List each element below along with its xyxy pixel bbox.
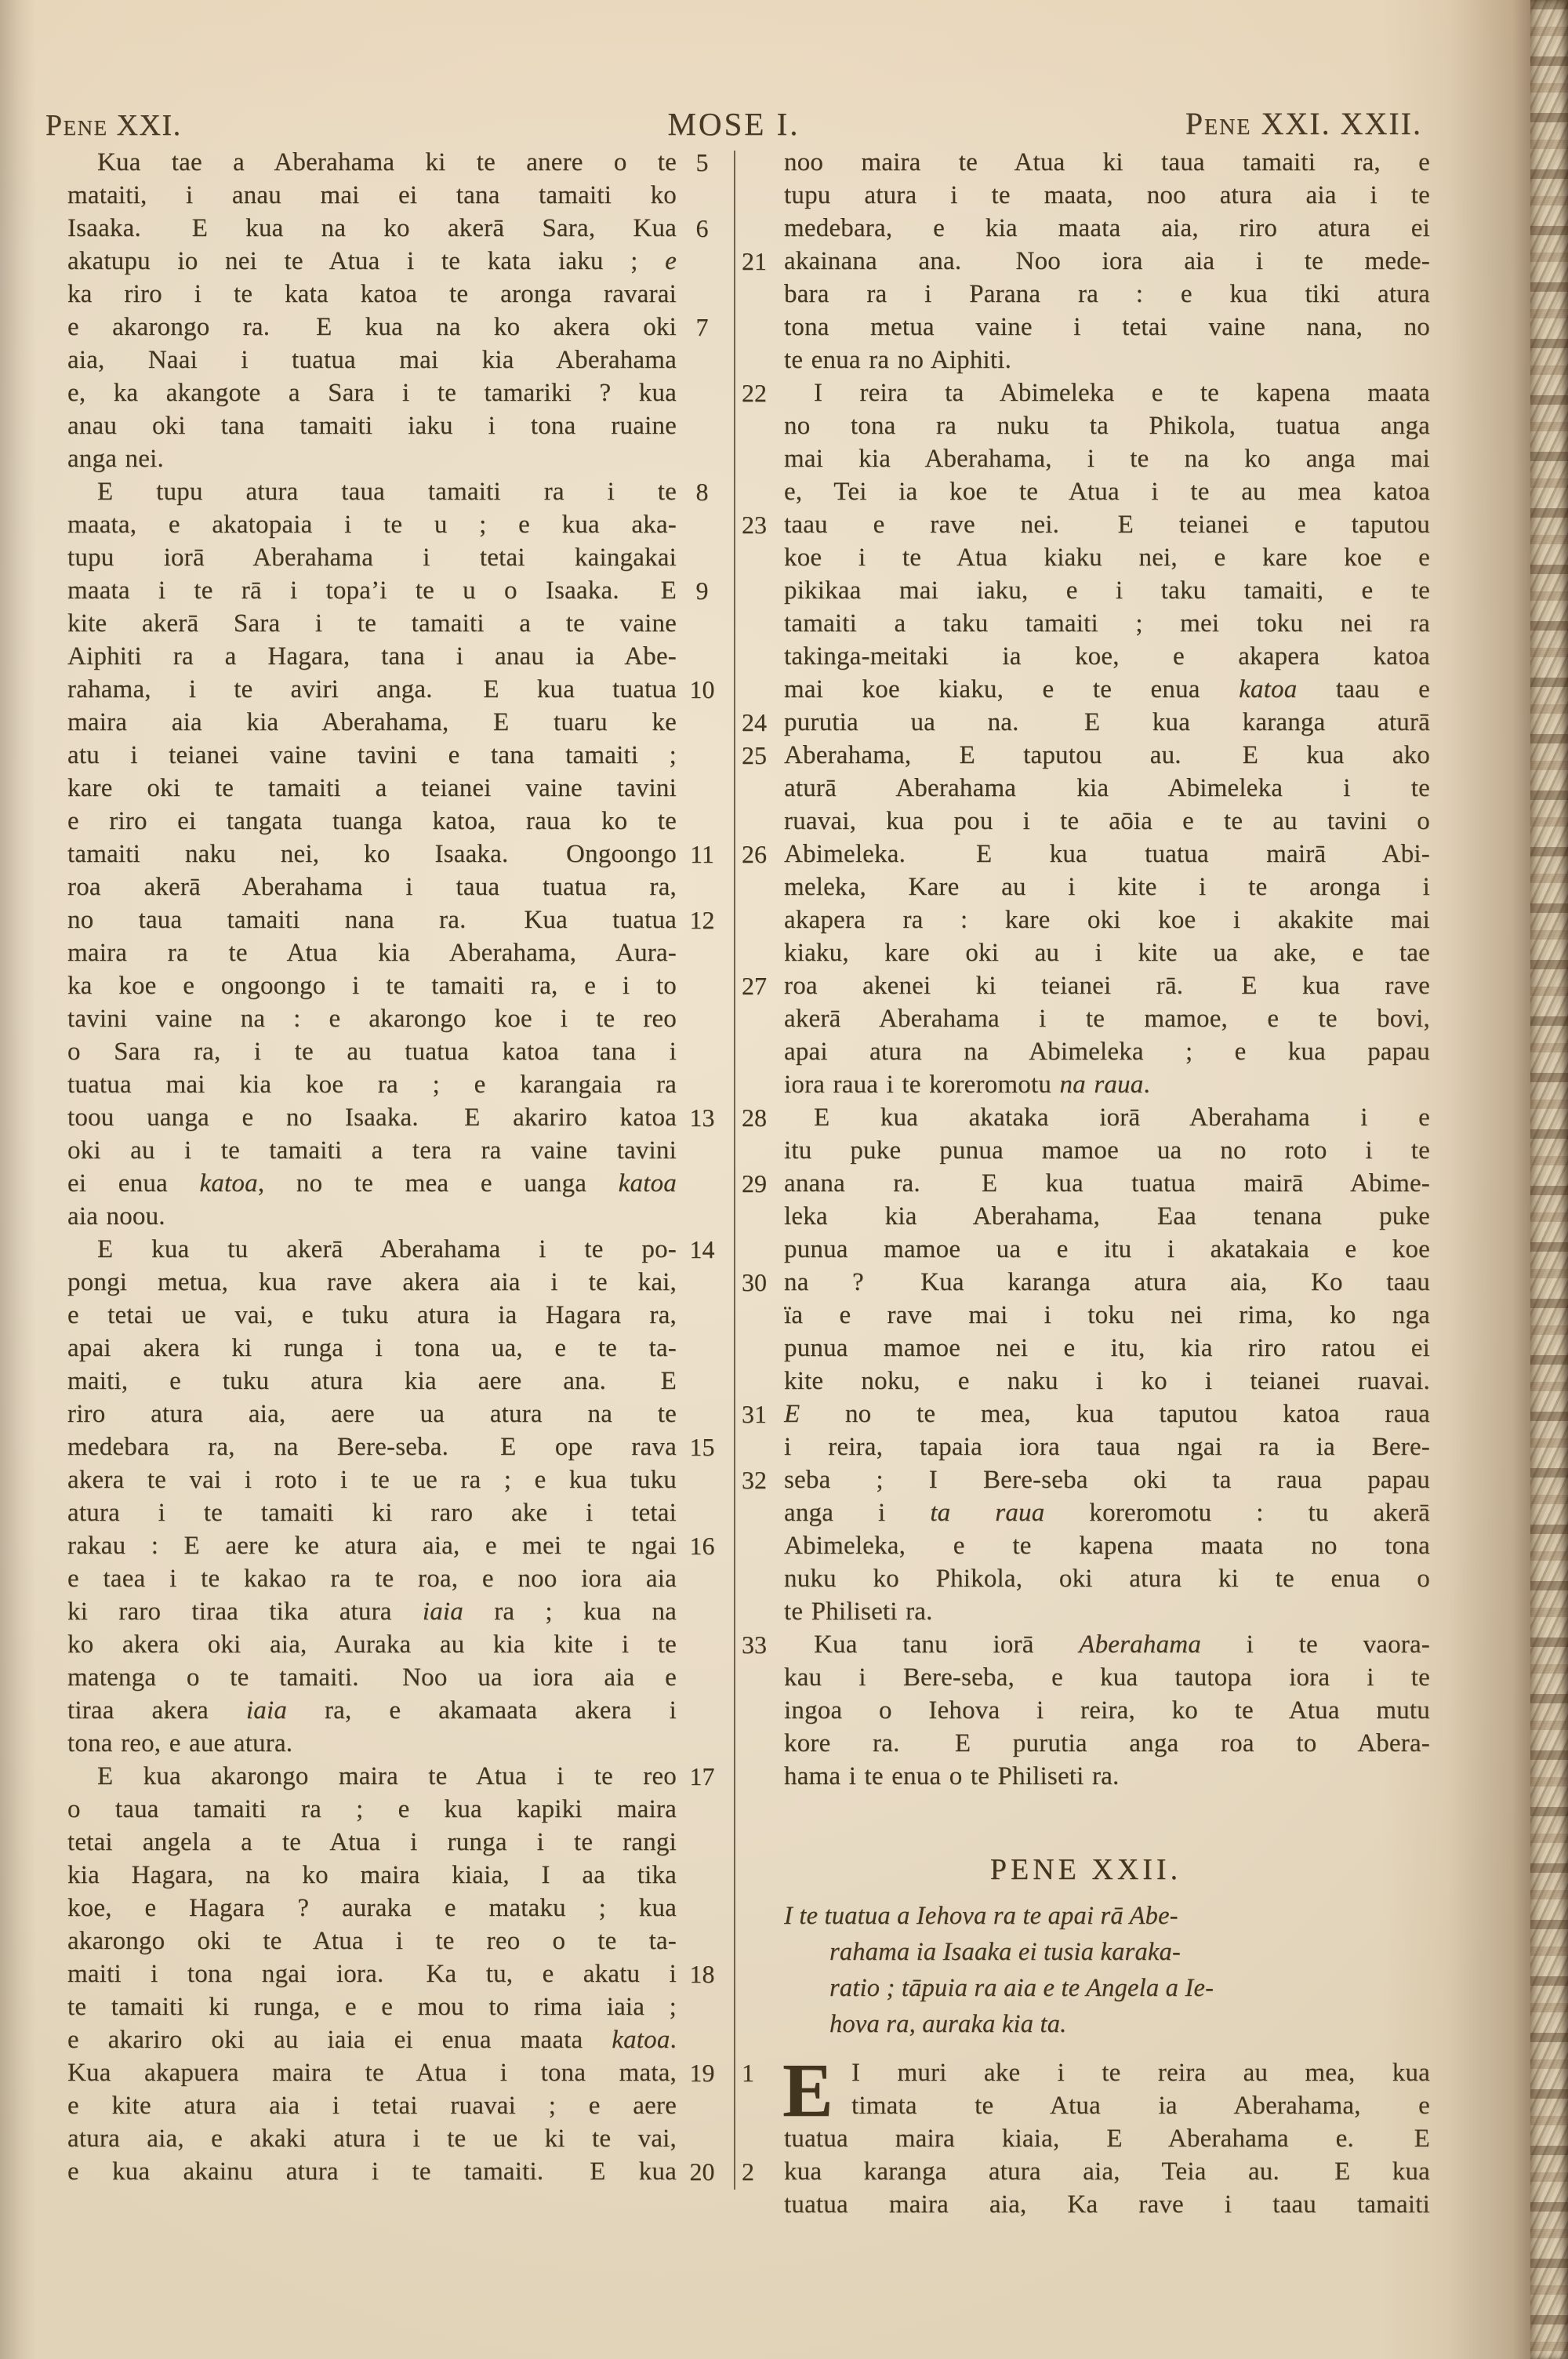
text-line: kia Hagara, na ko maira kiaia, I aa tika bbox=[67, 1859, 677, 1892]
text-line: itu puke punua mamoe ua no roto i te bbox=[784, 1134, 1430, 1167]
verse-number: 15 bbox=[677, 1430, 728, 1463]
text-line: anga i ta raua koreromotu : tu akerā bbox=[784, 1496, 1430, 1529]
verse-number bbox=[677, 1694, 728, 1727]
text-row: kore ra. E purutia anga roa to Abera- bbox=[742, 1727, 1430, 1760]
text-row: maiti, e tuku atura kia aere ana. E bbox=[67, 1365, 728, 1398]
verse-number bbox=[742, 903, 784, 936]
verse-number bbox=[677, 1628, 728, 1661]
text-line: kite noku, e naku i ko i teianei ruavai. bbox=[784, 1365, 1430, 1398]
text-line: te tamaiti ki runga, e e mou to rima iai… bbox=[67, 1990, 677, 2023]
verse-number bbox=[677, 1463, 728, 1496]
text-row: ei enua katoa, no te mea e uanga katoa bbox=[67, 1167, 728, 1200]
verse-number: 16 bbox=[677, 1529, 728, 1562]
verse-number bbox=[742, 311, 784, 343]
verse-number bbox=[742, 1035, 784, 1068]
verse-number: 22 bbox=[742, 376, 784, 409]
text-row: koe, e Hagara ? auraka e mataku ; kua bbox=[67, 1892, 728, 1925]
text-row: e riro ei tangata tuanga katoa, raua ko … bbox=[67, 805, 728, 838]
verse-number bbox=[742, 1365, 784, 1398]
text-line: e taea i te kakao ra te roa, e noo iora … bbox=[67, 1562, 677, 1595]
verse-number bbox=[742, 1430, 784, 1463]
text-line: nuku ko Phikola, oki atura ki te enua o bbox=[784, 1562, 1430, 1595]
text-line: medebara, e kia maata aia, riro atura ei bbox=[784, 212, 1430, 245]
text-line: tuatua maira aia, Ka rave i taau tamaiti bbox=[784, 2188, 1430, 2221]
text-line: taau e rave nei. E teianei e taputou bbox=[784, 508, 1430, 541]
verse-number: 18 bbox=[677, 1957, 728, 1990]
running-head: Pene XXI. MOSE I. Pene XXI. XXII. bbox=[45, 105, 1422, 144]
text-row: maiti i tona ngai iora. Ka tu, e akatu i… bbox=[67, 1957, 728, 1990]
text-line: ingoa o Iehova i reira, ko te Atua mutu bbox=[784, 1694, 1430, 1727]
text-row: medebara, e kia maata aia, riro atura ei bbox=[742, 212, 1430, 245]
verse-number: 21 bbox=[742, 245, 784, 278]
text-row: anau oki tana tamaiti iaku i tona ruaine bbox=[67, 409, 728, 442]
text-row: ko akera oki aia, Auraka au kia kite i t… bbox=[67, 1628, 728, 1661]
text-line: matenga o te tamaiti. Noo ua iora aia e bbox=[67, 1661, 677, 1694]
verse-number bbox=[677, 1990, 728, 2023]
text-row: apai akera ki runga i tona ua, e te ta- bbox=[67, 1332, 728, 1365]
verse-number: 26 bbox=[742, 838, 784, 871]
text-row: aia, Naai i tuatua mai kia Aberahama bbox=[67, 343, 728, 376]
text-row: tona metua vaine i tetai vaine nana, no bbox=[742, 311, 1430, 343]
text-line: maiti, e tuku atura kia aere ana. E bbox=[67, 1365, 677, 1398]
text-row: ingoa o Iehova i reira, ko te Atua mutu bbox=[742, 1694, 1430, 1727]
text-line: tavini vaine na : e akarongo koe i te re… bbox=[67, 1002, 677, 1035]
verse-number bbox=[677, 1595, 728, 1628]
page-left-edge bbox=[0, 0, 36, 2359]
verse-number bbox=[742, 1332, 784, 1365]
text-line: ei enua katoa, no te mea e uanga katoa bbox=[67, 1167, 677, 1200]
verse-number bbox=[677, 508, 728, 541]
dropcap-initial: E bbox=[782, 2059, 833, 2122]
text-line: maira aia kia Aberahama, E tuaru ke bbox=[67, 706, 677, 739]
text-line: ki raro tiraa tika atura iaia ra ; kua n… bbox=[67, 1595, 677, 1628]
text-row: Aiphiti ra a Hagara, tana i anau ia Abe- bbox=[67, 640, 728, 673]
text-line: pongi metua, kua rave akera aia i te kai… bbox=[67, 1266, 677, 1299]
verse-number: 9 bbox=[677, 574, 728, 607]
verse-number bbox=[677, 409, 728, 442]
text-row: 33Kua tanu iorā Aberahama i te vaora- bbox=[742, 1628, 1430, 1661]
text-line: e akarongo ra. E kua na ko akera oki bbox=[67, 311, 677, 343]
text-line: maata, e akatopaia i te u ; e kua aka- bbox=[67, 508, 677, 541]
text-row: 24purutia ua na. E kua karanga aturā bbox=[742, 706, 1430, 739]
text-row: kite akerā Sara i te tamaiti a te vaine bbox=[67, 607, 728, 640]
verse-number: 20 bbox=[677, 2155, 728, 2188]
text-row: maira ra te Atua kia Aberahama, Aura- bbox=[67, 936, 728, 969]
verse-number bbox=[742, 278, 784, 311]
text-row: rakau : E aere ke atura aia, e mei te ng… bbox=[67, 1529, 728, 1562]
text-row: i reira, tapaia iora taua ngai ra ia Ber… bbox=[742, 1430, 1430, 1463]
text-line: E no te mea, kua taputou katoa raua bbox=[784, 1398, 1430, 1430]
text-line: na ? Kua karanga atura aia, Ko taau bbox=[784, 1266, 1430, 1299]
text-line: punua mamoe ua e itu i akatakaia e koe bbox=[784, 1233, 1430, 1266]
text-row: nuku ko Phikola, oki atura ki te enua o bbox=[742, 1562, 1430, 1595]
text-line: maata i te rā i topa’i te u o Isaaka. E bbox=[67, 574, 677, 607]
text-row: riro atura aia, aere ua atura na te bbox=[67, 1398, 728, 1430]
text-row: tupu atura i te maata, noo atura aia i t… bbox=[742, 179, 1430, 212]
text-row: atura i te tamaiti ki raro ake i tetai bbox=[67, 1496, 728, 1529]
verse-number bbox=[742, 607, 784, 640]
verse-number: 31 bbox=[742, 1398, 784, 1430]
text-row: apai atura na Abimeleka ; e kua papau bbox=[742, 1035, 1430, 1068]
text-row: koe i te Atua kiaku nei, e kare koe e bbox=[742, 541, 1430, 574]
text-row: no taua tamaiti nana ra. Kua tuatua12 bbox=[67, 903, 728, 936]
verse-number bbox=[677, 1200, 728, 1233]
verse-number bbox=[677, 1068, 728, 1101]
text-row: ka koe e ongoongo i te tamaiti ra, e i t… bbox=[67, 969, 728, 1002]
verse-number bbox=[742, 1529, 784, 1562]
verse-number bbox=[677, 376, 728, 409]
text-line: koe, e Hagara ? auraka e mataku ; kua bbox=[67, 1892, 677, 1925]
text-line: pikikaa mai iaku, e i taku tamaiti, e te bbox=[784, 574, 1430, 607]
text-line: hama i te enua o te Philiseti ra. bbox=[784, 1760, 1430, 1793]
text-row: e kite atura aia i tetai ruavai ; e aere bbox=[67, 2089, 728, 2122]
text-row: ruavai, kua pou i te aōia e te au tavini… bbox=[742, 805, 1430, 838]
text-line: kau i Bere-seba, e kua tautopa iora i te bbox=[784, 1661, 1430, 1694]
chapter-summary-lines: I te tuatua a Iehova ra te apai rā Abe-r… bbox=[784, 1898, 1430, 2042]
text-line: E kua akarongo maira te Atua i te reo bbox=[67, 1760, 677, 1793]
text-line: tamaiti naku nei, ko Isaaka. Ongoongo bbox=[67, 838, 677, 871]
text-row: anga i ta raua koreromotu : tu akerā bbox=[742, 1496, 1430, 1529]
text-line: apai atura na Abimeleka ; e kua papau bbox=[784, 1035, 1430, 1068]
verse-number bbox=[677, 805, 728, 838]
text-line: aturā Aberahama kia Abimeleka i te bbox=[784, 772, 1430, 805]
text-line: punua mamoe nei e itu, kia riro ratou ei bbox=[784, 1332, 1430, 1365]
text-row: mataiti, i anau mai ei tana tamaiti ko bbox=[67, 179, 728, 212]
column-divider bbox=[734, 151, 735, 2190]
dropcap-text-block: EI muri ake i te reira au mea, kuatimata… bbox=[784, 2056, 1430, 2122]
text-row: 23taau e rave nei. E teianei e taputou bbox=[742, 508, 1430, 541]
verse-number bbox=[742, 1595, 784, 1628]
left-column: Kua tae a Aberahama ki te anere o te5mat… bbox=[67, 146, 728, 2188]
text-line: tuatua maira kiaia, E Aberahama e. E bbox=[784, 2122, 1430, 2155]
text-line: tetai angela a te Atua i runga i te rang… bbox=[67, 1826, 677, 1859]
text-line: iora raua i te koreromotu na raua. bbox=[784, 1068, 1430, 1101]
text-line: no taua tamaiti nana ra. Kua tuatua bbox=[67, 903, 677, 936]
text-line: seba ; I Bere-seba oki ta raua papau bbox=[784, 1463, 1430, 1496]
text-row: e akarongo ra. E kua na ko akera oki7 bbox=[67, 311, 728, 343]
text-row: tupu iorā Aberahama i tetai kaingakai bbox=[67, 541, 728, 574]
verse-number bbox=[677, 1266, 728, 1299]
text-line: takinga-meitaki ia koe, e akapera katoa bbox=[784, 640, 1430, 673]
text-line: aia noou. bbox=[67, 1200, 677, 1233]
text-row: akerā Aberahama i te mamoe, e te bovi, bbox=[742, 1002, 1430, 1035]
verse-number bbox=[677, 1002, 728, 1035]
verse-number bbox=[742, 1760, 784, 1793]
verse-number bbox=[677, 1826, 728, 1859]
text-line: I reira ta Abimeleka e te kapena maata bbox=[784, 376, 1430, 409]
verse-number bbox=[742, 442, 784, 475]
verse-number bbox=[677, 1332, 728, 1365]
text-line: ïa e rave mai i toku nei rima, ko nga bbox=[784, 1299, 1430, 1332]
text-line: bara ra i Parana ra : e kua tiki atura bbox=[784, 278, 1430, 311]
text-line: roa akenei ki teianei rā. E kua rave bbox=[784, 969, 1430, 1002]
text-row: kau i Bere-seba, e kua tautopa iora i te bbox=[742, 1661, 1430, 1694]
text-line: mai kia Aberahama, i te na ko anga mai bbox=[784, 442, 1430, 475]
summary-line: hova ra, auraka kia ta. bbox=[784, 2006, 1430, 2042]
text-line: te enua ra no Aiphiti. bbox=[784, 343, 1430, 376]
text-row: 30na ? Kua karanga atura aia, Ko taau bbox=[742, 1266, 1430, 1299]
verse-number bbox=[677, 2122, 728, 2155]
text-line: ka riro i te kata katoa te aronga ravara… bbox=[67, 278, 677, 311]
text-row: e akariro oki au iaia ei enua maata kato… bbox=[67, 2023, 728, 2056]
text-row: akatupu io nei te Atua i te kata iaku ; … bbox=[67, 245, 728, 278]
text-line: Abimeleka, e te kapena maata no tona bbox=[784, 1529, 1430, 1562]
text-row: tamaiti naku nei, ko Isaaka. Ongoongo11 bbox=[67, 838, 728, 871]
verse-number bbox=[677, 969, 728, 1002]
book-page: Pene XXI. MOSE I. Pene XXI. XXII. Kua ta… bbox=[0, 0, 1568, 2359]
verse-number bbox=[742, 409, 784, 442]
text-row: E kua akarongo maira te Atua i te reo17 bbox=[67, 1760, 728, 1793]
text-line: noo maira te Atua ki taua tamaiti ra, e bbox=[784, 146, 1430, 179]
text-row: 32seba ; I Bere-seba oki ta raua papau bbox=[742, 1463, 1430, 1496]
verse-number bbox=[677, 1496, 728, 1529]
text-line: akapera ra : kare oki koe i akakite mai bbox=[784, 903, 1430, 936]
text-row: 28E kua akataka iorā Aberahama i e bbox=[742, 1101, 1430, 1134]
text-line: tamaiti a taku tamaiti ; mei toku nei ra bbox=[784, 607, 1430, 640]
text-line: Kua tanu iorā Aberahama i te vaora- bbox=[784, 1628, 1430, 1661]
verse-number bbox=[742, 1661, 784, 1694]
text-line: roa akerā Aberahama i taua tuatua ra, bbox=[67, 871, 677, 903]
text-row: itu puke punua mamoe ua no roto i te bbox=[742, 1134, 1430, 1167]
text-row: matenga o te tamaiti. Noo ua iora aia e bbox=[67, 1661, 728, 1694]
verse-number: 30 bbox=[742, 1266, 784, 1299]
text-row: ka riro i te kata katoa te aronga ravara… bbox=[67, 278, 728, 311]
verse-number bbox=[742, 1562, 784, 1595]
text-row: e kua akainu atura i te tamaiti. E kua20 bbox=[67, 2155, 728, 2188]
text-row: mai koe kiaku, e te enua katoa taau e bbox=[742, 673, 1430, 706]
verse-number bbox=[742, 179, 784, 212]
verse-number bbox=[677, 1562, 728, 1595]
text-row: maira aia kia Aberahama, E tuaru ke bbox=[67, 706, 728, 739]
text-row: 2kua karanga atura aia, Teia au. E kua bbox=[742, 2155, 1430, 2188]
verse-number bbox=[677, 1925, 728, 1957]
text-line: E tupu atura taua tamaiti ra i te bbox=[67, 475, 677, 508]
text-line: e akariro oki au iaia ei enua maata kato… bbox=[67, 2023, 677, 2056]
text-line: riro atura aia, aere ua atura na te bbox=[67, 1398, 677, 1430]
summary-line: rahama ia Isaaka ei tusia karaka- bbox=[784, 1934, 1430, 1970]
text-row: e, ka akangote a Sara i te tamariki ? ku… bbox=[67, 376, 728, 409]
verse-number bbox=[677, 607, 728, 640]
verse-number bbox=[742, 1496, 784, 1529]
text-line: te Philiseti ra. bbox=[784, 1595, 1430, 1628]
dropcap-verse-row: 1EI muri ake i te reira au mea, kuatimat… bbox=[742, 2056, 1430, 2122]
verse-number bbox=[677, 640, 728, 673]
text-row: 21akainana ana. Noo iora aia i te mede- bbox=[742, 245, 1430, 278]
verse-number bbox=[677, 1892, 728, 1925]
verse-number bbox=[677, 936, 728, 969]
text-line: purutia ua na. E kua karanga aturā bbox=[784, 706, 1430, 739]
verse-number bbox=[677, 1167, 728, 1200]
verse-number bbox=[742, 772, 784, 805]
text-line: e, Tei ia koe te Atua i te au mea katoa bbox=[784, 475, 1430, 508]
text-line: medebara ra, na Bere-seba. E ope rava bbox=[67, 1430, 677, 1463]
verse-number: 33 bbox=[742, 1628, 784, 1661]
verse-number bbox=[677, 2089, 728, 2122]
text-row: tuatua mai kia koe ra ; e karangaia ra bbox=[67, 1068, 728, 1101]
verse-number bbox=[742, 343, 784, 376]
verse-number: 32 bbox=[742, 1463, 784, 1496]
text-row: leka kia Aberahama, Eaa tenana puke bbox=[742, 1200, 1430, 1233]
text-line: e riro ei tangata tuanga katoa, raua ko … bbox=[67, 805, 677, 838]
verse-number bbox=[677, 278, 728, 311]
text-line: rahama, i te aviri anga. E kua tuatua bbox=[67, 673, 677, 706]
verse-number bbox=[742, 1299, 784, 1332]
text-line: tona reo, e aue atura. bbox=[67, 1727, 677, 1760]
text-line: mataiti, i anau mai ei tana tamaiti ko bbox=[67, 179, 677, 212]
text-row: E kua tu akerā Aberahama i te po-14 bbox=[67, 1233, 728, 1266]
text-line: e tetai ue vai, e tuku atura ia Hagara r… bbox=[67, 1299, 677, 1332]
text-row: 26Abimeleka. E kua tuatua mairā Abi- bbox=[742, 838, 1430, 871]
page-gutter-shadow bbox=[1381, 0, 1530, 2359]
verse-number bbox=[742, 1134, 784, 1167]
verse-number bbox=[742, 1200, 784, 1233]
verse-number: 29 bbox=[742, 1167, 784, 1200]
text-row: kite noku, e naku i ko i teianei ruavai. bbox=[742, 1365, 1430, 1398]
text-row: E tupu atura taua tamaiti ra i te8 bbox=[67, 475, 728, 508]
verse-number: 5 bbox=[677, 146, 728, 179]
text-line: kare oki te tamaiti a teianei vaine tavi… bbox=[67, 772, 677, 805]
text-row: hama i te enua o te Philiseti ra. bbox=[742, 1760, 1430, 1793]
verse-number bbox=[677, 1727, 728, 1760]
verse-number: 14 bbox=[677, 1233, 728, 1266]
text-row: punua mamoe ua e itu i akatakaia e koe bbox=[742, 1233, 1430, 1266]
verse-number bbox=[677, 1134, 728, 1167]
verse-number bbox=[742, 475, 784, 508]
text-row: akapera ra : kare oki koe i akakite mai bbox=[742, 903, 1430, 936]
text-row: tuatua maira kiaia, E Aberahama e. E bbox=[742, 2122, 1430, 2155]
text-line: leka kia Aberahama, Eaa tenana puke bbox=[784, 1200, 1430, 1233]
verse-number bbox=[677, 2023, 728, 2056]
verse-number bbox=[742, 871, 784, 903]
text-row: o Sara ra, i te au tuatua katoa tana i bbox=[67, 1035, 728, 1068]
text-row: akarongo oki te Atua i te reo o te ta- bbox=[67, 1925, 728, 1957]
text-line: ruavai, kua pou i te aōia e te au tavini… bbox=[784, 805, 1430, 838]
text-row: tavini vaine na : e akarongo koe i te re… bbox=[67, 1002, 728, 1035]
verse-number bbox=[742, 574, 784, 607]
text-line: kore ra. E purutia anga roa to Abera- bbox=[784, 1727, 1430, 1760]
text-line: ka koe e ongoongo i te tamaiti ra, e i t… bbox=[67, 969, 677, 1002]
text-line: maiti i tona ngai iora. Ka tu, e akatu i bbox=[67, 1957, 677, 1990]
verse-number: 17 bbox=[677, 1760, 728, 1793]
verse-number bbox=[742, 673, 784, 706]
text-line: Kua akapuera maira te Atua i tona mata, bbox=[67, 2056, 677, 2089]
text-line: tupu atura i te maata, noo atura aia i t… bbox=[784, 179, 1430, 212]
text-line: mai koe kiaku, e te enua katoa taau e bbox=[784, 673, 1430, 706]
verse-number bbox=[742, 1694, 784, 1727]
verse-number: 8 bbox=[677, 475, 728, 508]
text-line: kiaku, kare oki au i kite ua ake, e tae bbox=[784, 936, 1430, 969]
text-line: kite akerā Sara i te tamaiti a te vaine bbox=[67, 607, 677, 640]
text-row: anga nei. bbox=[67, 442, 728, 475]
text-row: 31E no te mea, kua taputou katoa raua bbox=[742, 1398, 1430, 1430]
text-line: akarongo oki te Atua i te reo o te ta- bbox=[67, 1925, 677, 1957]
verse-number: 7 bbox=[677, 311, 728, 343]
text-row: takinga-meitaki ia koe, e akapera katoa bbox=[742, 640, 1430, 673]
verse-number bbox=[742, 640, 784, 673]
summary-line: ratio ; tāpuia ra aia e te Angela a Ie- bbox=[784, 1970, 1430, 2006]
text-line: oki au i te tamaiti a tera ra vaine tavi… bbox=[67, 1134, 677, 1167]
verse-number: 11 bbox=[677, 838, 728, 871]
text-line: meleka, Kare au i kite i te aronga i bbox=[784, 871, 1430, 903]
text-row: toou uanga e no Isaaka. E akariro katoa1… bbox=[67, 1101, 728, 1134]
text-row: roa akerā Aberahama i taua tuatua ra, bbox=[67, 871, 728, 903]
text-line: Isaaka. E kua na ko akerā Sara, Kua bbox=[67, 212, 677, 245]
text-line: anga nei. bbox=[67, 442, 677, 475]
text-row: 29anana ra. E kua tuatua mairā Abime- bbox=[742, 1167, 1430, 1200]
text-line: no tona ra nuku ta Phikola, tuatua anga bbox=[784, 409, 1430, 442]
text-line: Aberahama, E taputou au. E kua ako bbox=[784, 739, 1430, 772]
text-row: te enua ra no Aiphiti. bbox=[742, 343, 1430, 376]
text-row: mai kia Aberahama, i te na ko anga mai bbox=[742, 442, 1430, 475]
text-line: atura i te tamaiti ki raro ake i tetai bbox=[67, 1496, 677, 1529]
verse-number bbox=[742, 805, 784, 838]
text-row: aturā Aberahama kia Abimeleka i te bbox=[742, 772, 1430, 805]
text-line: e kite atura aia i tetai ruavai ; e aere bbox=[67, 2089, 677, 2122]
verse-number: 27 bbox=[742, 969, 784, 1002]
text-row: akera te vai i roto i te ue ra ; e kua t… bbox=[67, 1463, 728, 1496]
text-row: 22I reira ta Abimeleka e te kapena maata bbox=[742, 376, 1430, 409]
text-line: toou uanga e no Isaaka. E akariro katoa bbox=[67, 1101, 677, 1134]
verse-number bbox=[742, 541, 784, 574]
text-line: akatupu io nei te Atua i te kata iaku ; … bbox=[67, 245, 677, 278]
text-line: aia, Naai i tuatua mai kia Aberahama bbox=[67, 343, 677, 376]
text-row: maata i te rā i topa’i te u o Isaaka. E9 bbox=[67, 574, 728, 607]
verse-number bbox=[677, 772, 728, 805]
text-row: atu i teianei vaine tavini e tana tamait… bbox=[67, 739, 728, 772]
text-row: e taea i te kakao ra te roa, e noo iora … bbox=[67, 1562, 728, 1595]
text-row: tamaiti a taku tamaiti ; mei toku nei ra bbox=[742, 607, 1430, 640]
text-line: o Sara ra, i te au tuatua katoa tana i bbox=[67, 1035, 677, 1068]
text-line: e kua akainu atura i te tamaiti. E kua bbox=[67, 2155, 677, 2188]
verse-number bbox=[742, 2122, 784, 2155]
text-line: tona metua vaine i tetai vaine nana, no bbox=[784, 311, 1430, 343]
verse-number: 23 bbox=[742, 508, 784, 541]
text-row: ki raro tiraa tika atura iaia ra ; kua n… bbox=[67, 1595, 728, 1628]
text-line: kua karanga atura aia, Teia au. E kua bbox=[784, 2155, 1430, 2188]
verse-number bbox=[677, 442, 728, 475]
verse-number bbox=[677, 1299, 728, 1332]
text-row: maata, e akatopaia i te u ; e kua aka- bbox=[67, 508, 728, 541]
text-row: atura aia, e akaki atura i te ue ki te v… bbox=[67, 2122, 728, 2155]
verse-number bbox=[677, 343, 728, 376]
text-row: Kua akapuera maira te Atua i tona mata,1… bbox=[67, 2056, 728, 2089]
text-line: E kua tu akerā Aberahama i te po- bbox=[67, 1233, 677, 1266]
verse-number bbox=[742, 1727, 784, 1760]
text-row: rahama, i te aviri anga. E kua tuatua10 bbox=[67, 673, 728, 706]
verse-number bbox=[677, 871, 728, 903]
verse-number bbox=[677, 706, 728, 739]
verse-number: 10 bbox=[677, 673, 728, 706]
text-row: 25Aberahama, E taputou au. E kua ako bbox=[742, 739, 1430, 772]
text-line: tuatua mai kia koe ra ; e karangaia ra bbox=[67, 1068, 677, 1101]
verse-number: 1 bbox=[742, 2056, 784, 2122]
summary-line: I te tuatua a Iehova ra te apai rā Abe- bbox=[784, 1898, 1430, 1934]
verse-number: 25 bbox=[742, 739, 784, 772]
text-row: oki au i te tamaiti a tera ra vaine tavi… bbox=[67, 1134, 728, 1167]
verse-number bbox=[677, 739, 728, 772]
text-row: e, Tei ia koe te Atua i te au mea katoa bbox=[742, 475, 1430, 508]
verse-number bbox=[677, 1398, 728, 1430]
text-line: akerā Aberahama i te mamoe, e te bovi, bbox=[784, 1002, 1430, 1035]
text-row: 27roa akenei ki teianei rā. E kua rave bbox=[742, 969, 1430, 1002]
text-row: kiaku, kare oki au i kite ua ake, e tae bbox=[742, 936, 1430, 969]
text-row: ïa e rave mai i toku nei rima, ko nga bbox=[742, 1299, 1430, 1332]
text-line: maira ra te Atua kia Aberahama, Aura- bbox=[67, 936, 677, 969]
text-line: rakau : E aere ke atura aia, e mei te ng… bbox=[67, 1529, 677, 1562]
verse-number: 24 bbox=[742, 706, 784, 739]
verse-number bbox=[742, 1233, 784, 1266]
verse-number bbox=[677, 1859, 728, 1892]
